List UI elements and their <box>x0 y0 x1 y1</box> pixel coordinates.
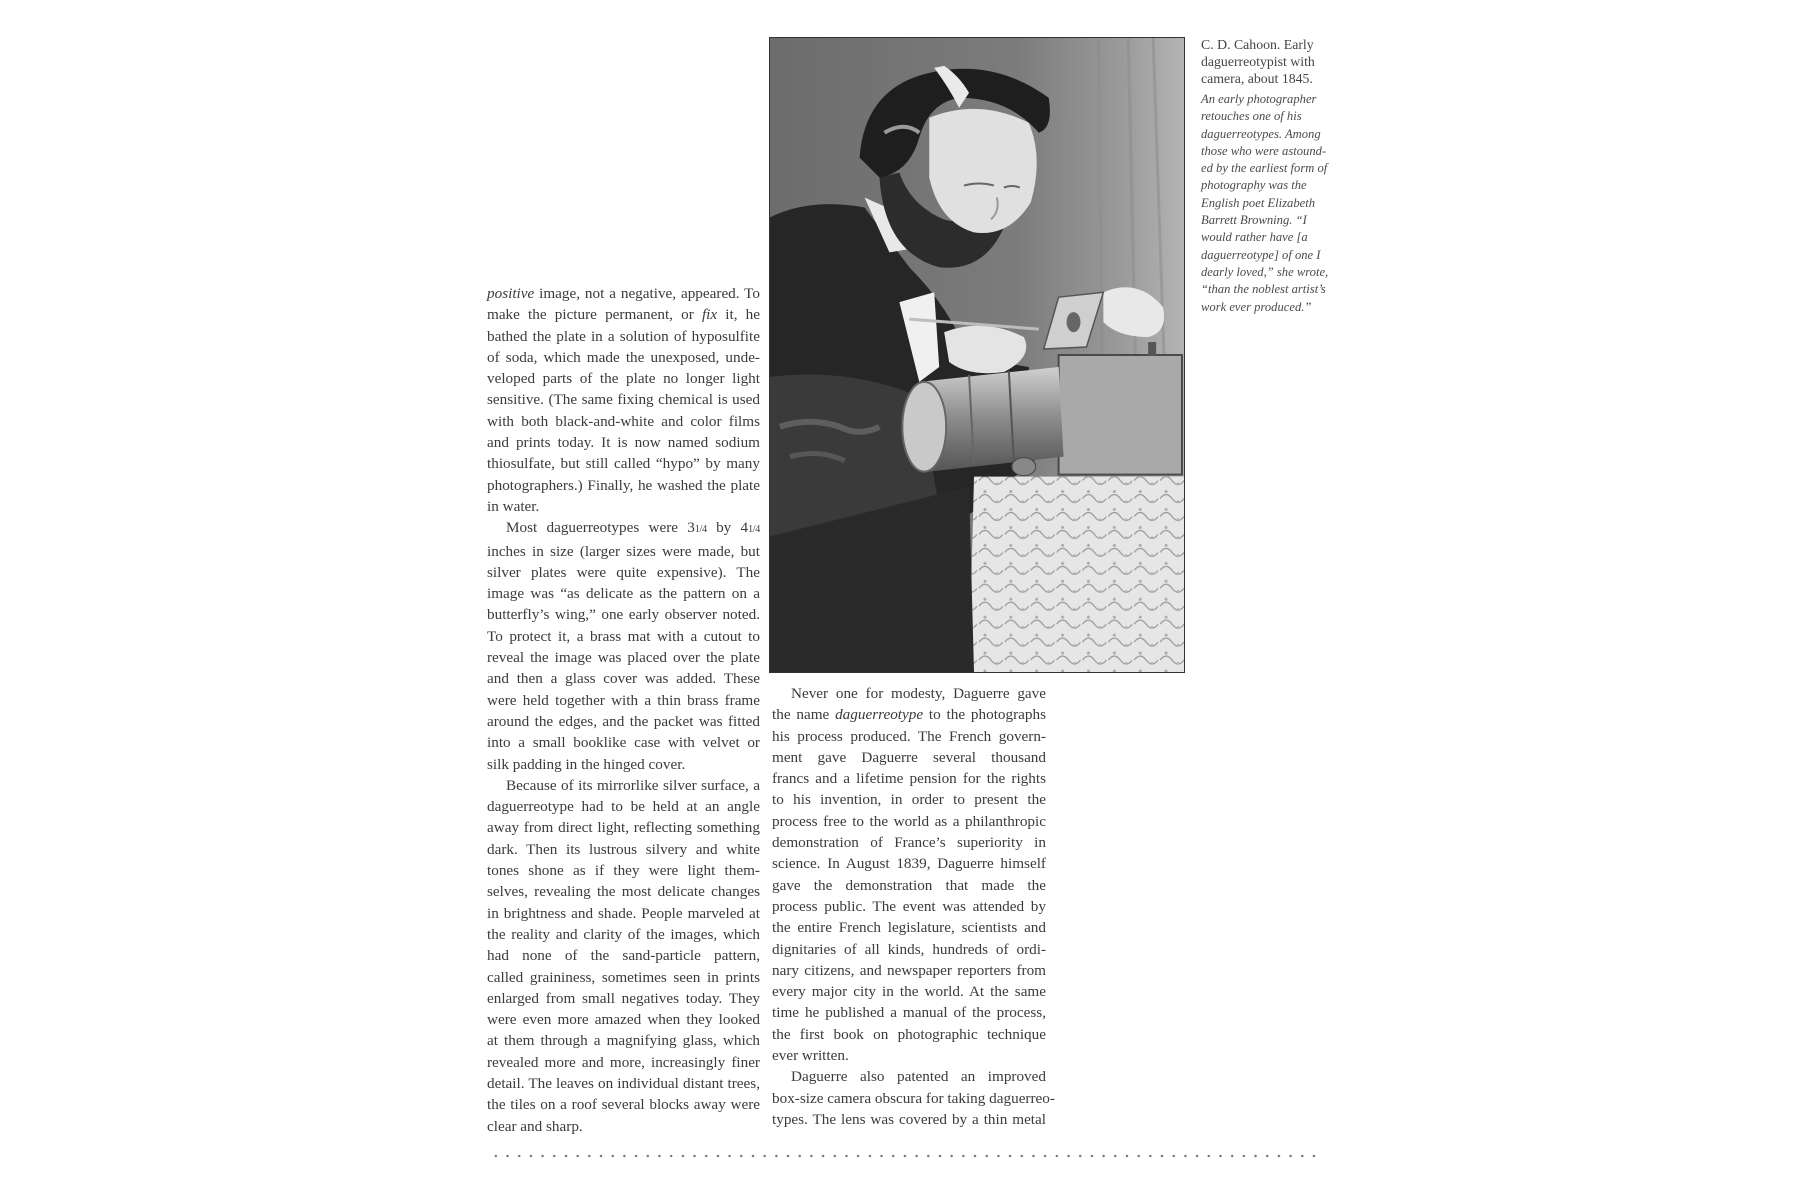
text-line: process public. The event was attended b… <box>772 896 1046 917</box>
text-line: butterfly’s wing,” one early observer no… <box>487 604 760 625</box>
text-line: francs and a lifetime pension for the ri… <box>772 768 1046 789</box>
text-line: positive image, not a negative, appeared… <box>487 283 760 304</box>
text-line: to his invention, in order to present th… <box>772 789 1046 810</box>
text-line: were even more amazed when they looked <box>487 1009 760 1030</box>
fraction: 1/4 <box>748 524 760 535</box>
text-line: To protect it, a brass mat with a cutout… <box>487 626 760 647</box>
text-line: science. In August 1839, Daguerre himsel… <box>772 853 1046 874</box>
text-line: image was “as delicate as the pattern on… <box>487 583 760 604</box>
text-line: enlarged from small negatives today. The… <box>487 988 760 1009</box>
text-line: ever written. <box>772 1045 1046 1066</box>
text-line: photographers.) Finally, he washed the p… <box>487 475 760 496</box>
text-line: away from direct light, reflecting somet… <box>487 817 760 838</box>
text-line: Most daguerreotypes were 31/4 by 41/4 <box>487 517 760 540</box>
left-text-column: positive image, not a negative, appeared… <box>487 283 760 1137</box>
fraction: 1/4 <box>695 524 707 535</box>
text-line: detail. The leaves on individual distant… <box>487 1073 760 1094</box>
text-line: Daguerre also patented an improved <box>772 1066 1046 1087</box>
paragraph-camera-patent: Daguerre also patented an improved box-s… <box>772 1066 1046 1130</box>
text-line: and then a glass cover was added. These <box>487 668 760 689</box>
text-line: types. The lens was covered by a thin me… <box>772 1109 1046 1130</box>
text-line: of soda, which made the unexposed, unde- <box>487 347 760 368</box>
text-line: process free to the world as a philanthr… <box>772 811 1046 832</box>
photo-illustration <box>770 38 1184 672</box>
middle-text-column: Never one for modesty, Daguerre gave the… <box>772 683 1046 1130</box>
text-line: the entire French legislature, scientist… <box>772 917 1046 938</box>
paragraph-naming: Never one for modesty, Daguerre gave the… <box>772 683 1046 1066</box>
text-line: silver plates were quite expensive). The <box>487 562 760 583</box>
text-line: nary citizens, and newspaper reporters f… <box>772 960 1046 981</box>
text-line: called graininess, sometimes seen in pri… <box>487 967 760 988</box>
text-line: ment gave Daguerre several thousand <box>772 747 1046 768</box>
text-line: thiosulfate, but still called “hypo” by … <box>487 453 760 474</box>
text-line: into a small booklike case with velvet o… <box>487 732 760 753</box>
text-line: Never one for modesty, Daguerre gave <box>772 683 1046 704</box>
text-line: reveal the image was placed over the pla… <box>487 647 760 668</box>
paragraph-mirror-surface: Because of its mirrorlike silver surface… <box>487 775 760 1137</box>
text-line: box-size camera obscura for taking dague… <box>772 1088 1046 1109</box>
text-line: at them through a magnifying glass, whic… <box>487 1030 760 1051</box>
italic-term-daguerreotype: daguerreotype <box>835 706 923 723</box>
text-line: his process produced. The French govern- <box>772 726 1046 747</box>
text-line: veloped parts of the plate no longer lig… <box>487 368 760 389</box>
text-line: every major city in the world. At the sa… <box>772 981 1046 1002</box>
text-line: in water. <box>487 496 760 517</box>
italic-term-fix: fix <box>702 306 717 323</box>
text-line: around the edges, and the packet was fit… <box>487 711 760 732</box>
text-line: demonstration of France’s superiority in <box>772 832 1046 853</box>
text-line: and prints today. It is now named sodium <box>487 432 760 453</box>
paragraph-plate-size: Most daguerreotypes were 31/4 by 41/4 in… <box>487 517 760 775</box>
text-line: the first book on photographic technique <box>772 1024 1046 1045</box>
text-line: had none of the sand-particle pattern, <box>487 945 760 966</box>
text-line: gave the demonstration that made the <box>772 875 1046 896</box>
text-line: silk padding in the hinged cover. <box>487 754 760 775</box>
text-line: inches in size (larger sizes were made, … <box>487 541 760 562</box>
photo-caption: C. D. Cahoon. Early daguerreotypist with… <box>1201 36 1339 316</box>
caption-description: An early photographer retouches one of h… <box>1201 91 1339 316</box>
text-line: the name daguerreotype to the photograph… <box>772 704 1046 725</box>
text-line: time he published a manual of the proces… <box>772 1002 1046 1023</box>
italic-term-positive: positive <box>487 285 534 302</box>
text-line: bathed the plate in a solution of hyposu… <box>487 326 760 347</box>
text-line: the reality and clarity of the images, w… <box>487 924 760 945</box>
daguerreotypist-photo <box>769 37 1185 673</box>
text-line: dignitaries of all kinds, hundreds of or… <box>772 939 1046 960</box>
text-line: in brightness and shade. People marveled… <box>487 903 760 924</box>
text-line: were held together with a thin brass fra… <box>487 690 760 711</box>
paragraph-fixing-process: positive image, not a negative, appeared… <box>487 283 760 517</box>
text-line: dark. Then its lustrous silvery and whit… <box>487 839 760 860</box>
text-line: revealed more and more, increasingly fin… <box>487 1052 760 1073</box>
caption-credit: C. D. Cahoon. Early daguerreotypist with… <box>1201 36 1339 87</box>
text-line: tones shone as if they were light them- <box>487 860 760 881</box>
text-line: with both black-and-white and color film… <box>487 411 760 432</box>
text-line: daguerreotype had to be held at an angle <box>487 796 760 817</box>
text-line: clear and sharp. <box>487 1116 760 1137</box>
text-line: make the picture permanent, or fix it, h… <box>487 304 760 325</box>
text-line: sensitive. (The same fixing chemical is … <box>487 389 760 410</box>
text-line: selves, revealing the most delicate chan… <box>487 881 760 902</box>
text-line: the tiles on a roof several blocks away … <box>487 1094 760 1115</box>
dotted-footer-rule <box>490 1154 1318 1158</box>
text-line: Because of its mirrorlike silver surface… <box>487 775 760 796</box>
